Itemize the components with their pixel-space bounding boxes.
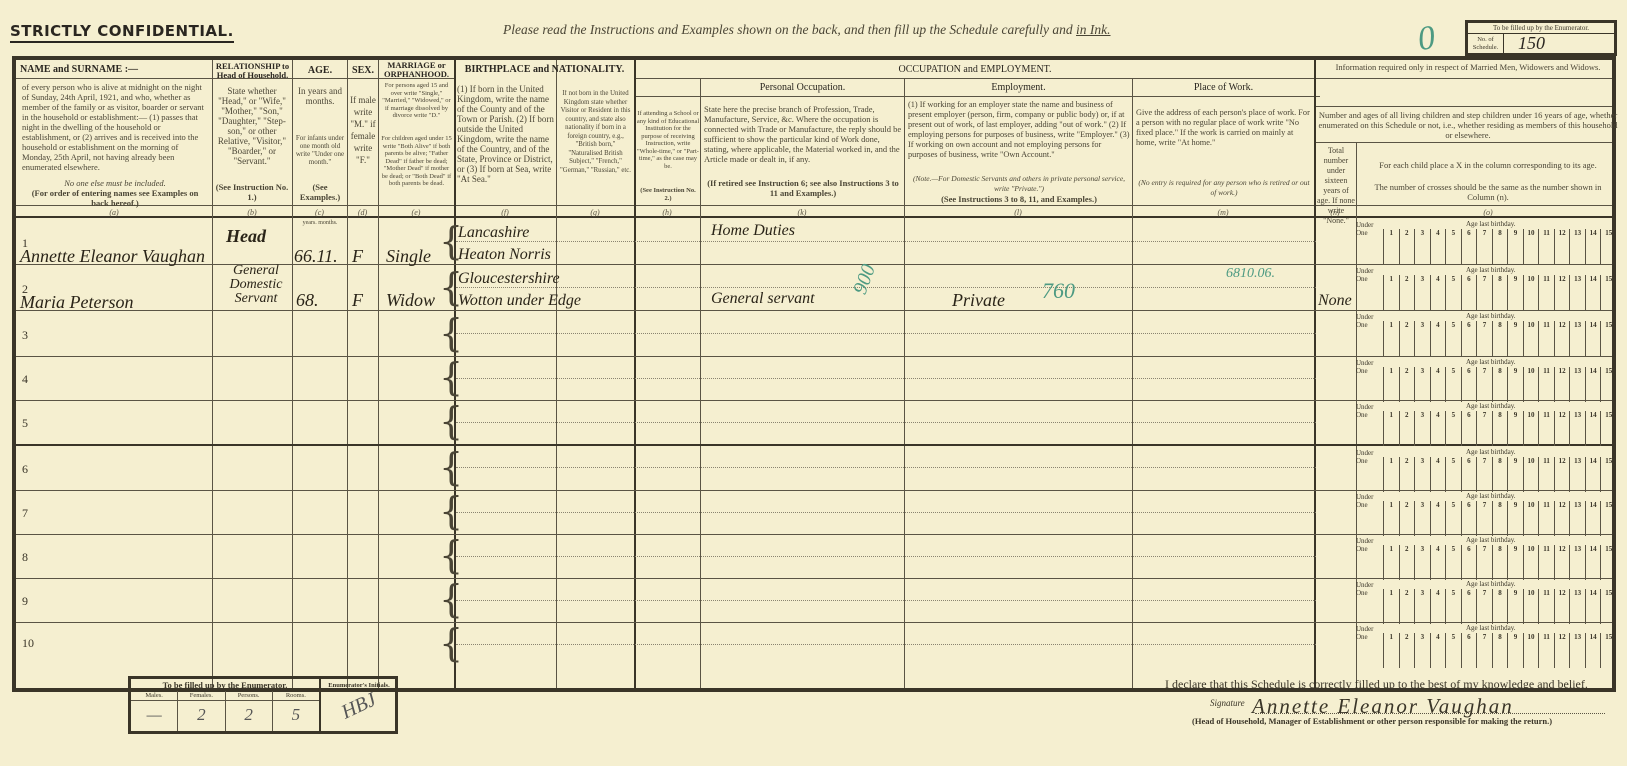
col-o-body: For each child place a X in the column c…: [1360, 160, 1616, 170]
col-d-body: If male write "M." if female write "F.": [349, 94, 377, 166]
sex[interactable]: F: [352, 290, 363, 311]
age-col: 7: [1476, 501, 1492, 510]
rooms-label: Rooms.: [273, 691, 319, 701]
age-label: Age last birthday.: [1466, 580, 1516, 588]
age-col: 14: [1585, 411, 1601, 420]
age-col: 9: [1507, 633, 1523, 642]
age-col: 8: [1492, 501, 1508, 510]
age-col: 10: [1523, 457, 1539, 466]
age-col: 9: [1507, 411, 1523, 420]
age-col: 14: [1585, 501, 1601, 510]
age-col: 7: [1476, 229, 1492, 238]
age-col: 3: [1414, 589, 1430, 598]
occupation-title: OCCUPATION and EMPLOYMENT.: [635, 64, 1315, 75]
age-col: 8: [1492, 589, 1508, 598]
brace-icon: {: [439, 358, 463, 396]
col-o-letter: (o): [1356, 208, 1620, 217]
age-col: 3: [1414, 275, 1430, 284]
age-col: 12: [1554, 589, 1570, 598]
col-a-body: of every person who is alive at midnight…: [22, 82, 208, 172]
personal-occupation[interactable]: General servant: [711, 290, 815, 308]
employment[interactable]: Private: [952, 290, 1005, 311]
no-title-rule: [1316, 106, 1612, 107]
enumerator-totals-box: To be filled up by the Enumerator. Males…: [128, 676, 398, 734]
schedule-number[interactable]: 150: [1504, 34, 1614, 53]
col-m-letter: (m): [1132, 208, 1314, 217]
col-e-body2: For children aged under 15 write "Both A…: [380, 135, 453, 188]
row-midline: [456, 241, 1316, 242]
age-col: 13: [1569, 633, 1585, 642]
col-divider-cd: [347, 60, 348, 688]
age-col: 11: [1538, 589, 1554, 598]
age-col: 1: [1383, 633, 1399, 642]
age-col: 8: [1492, 229, 1508, 238]
col-g-letter: (g): [556, 208, 634, 217]
age-grid: Under OneAge last birthday. 123456789101…: [1356, 624, 1616, 668]
row-number: 6: [22, 462, 28, 477]
age-col: 15: [1600, 411, 1616, 420]
age-col: 2: [1399, 321, 1415, 330]
age-col: 11: [1538, 457, 1554, 466]
age-col: 2: [1399, 457, 1415, 466]
col-d-title: SEX.: [348, 65, 378, 76]
col-c-note: For infants under one month old write "U…: [294, 134, 346, 166]
age-col: 15: [1600, 321, 1616, 330]
birthplace-county[interactable]: Gloucestershire: [458, 270, 560, 288]
col-m-body: Give the address of each person's place …: [1136, 108, 1312, 148]
age-col: 14: [1585, 545, 1601, 554]
age-col: 11: [1538, 275, 1554, 284]
age-col: 15: [1600, 275, 1616, 284]
age-col: 12: [1554, 275, 1570, 284]
employment-code: 760: [1042, 278, 1075, 304]
age-grid: Under OneAge last birthday. 123456789101…: [1356, 536, 1616, 580]
col-no-body: Number and ages of all living children a…: [1318, 110, 1618, 140]
marriage-status[interactable]: Single: [386, 246, 431, 267]
age-label: Age last birthday.: [1466, 312, 1516, 320]
age-col: 4: [1430, 457, 1446, 466]
brace-icon: {: [439, 448, 463, 486]
age-col: 7: [1476, 411, 1492, 420]
birthplace-town[interactable]: Heaton Norris: [458, 246, 551, 264]
age-col: 10: [1523, 501, 1539, 510]
age-col: 4: [1430, 411, 1446, 420]
age-under-one: Under One: [1356, 448, 1383, 466]
age-col: 15: [1600, 457, 1616, 466]
age-col: 6: [1461, 411, 1477, 420]
col-a-title: NAME and SURNAME :—: [20, 64, 138, 75]
age-col: 9: [1507, 589, 1523, 598]
col-n-letter: (n): [1314, 208, 1356, 217]
age-col: 5: [1445, 275, 1461, 284]
row-number: 4: [22, 372, 28, 387]
age-col: 15: [1600, 633, 1616, 642]
brace-icon: {: [439, 492, 463, 530]
age-col: 10: [1523, 367, 1539, 376]
col-a-letter: (a): [16, 208, 212, 217]
age-col: 4: [1430, 589, 1446, 598]
age-under-one: Under One: [1356, 492, 1383, 510]
occupation-title-rule: [634, 78, 1612, 79]
age-under-one: Under One: [1356, 266, 1383, 284]
age-col: 9: [1507, 321, 1523, 330]
signature-note: (Head of Household, Manager of Establish…: [1192, 716, 1552, 726]
age-col: 12: [1554, 501, 1570, 510]
age-col: 15: [1600, 501, 1616, 510]
col-k-title: Personal Occupation.: [701, 82, 904, 93]
females-cell[interactable]: Females.2: [178, 691, 225, 731]
col-o-body2: The number of crosses should be the same…: [1360, 182, 1616, 202]
age[interactable]: 66.11.: [294, 246, 338, 267]
age-col: 10: [1523, 321, 1539, 330]
age-label: Age last birthday.: [1466, 358, 1516, 366]
census-form-table: NAME and SURNAME :— of every person who …: [12, 56, 1616, 692]
age-under-one: Under One: [1356, 536, 1383, 554]
age-col: 6: [1461, 501, 1477, 510]
col-divider-ab: [212, 60, 213, 688]
age-col: 7: [1476, 589, 1492, 598]
age-col: 14: [1585, 457, 1601, 466]
age-col: 3: [1414, 229, 1430, 238]
age-col: 1: [1383, 589, 1399, 598]
age-col: 5: [1445, 501, 1461, 510]
age-col: 4: [1430, 501, 1446, 510]
age-col: 13: [1569, 501, 1585, 510]
age-col: 10: [1523, 229, 1539, 238]
rooms-cell[interactable]: Rooms.5: [273, 691, 319, 731]
col-divider-de: [378, 60, 379, 688]
age-col: 2: [1399, 275, 1415, 284]
col-h-letter: (h): [634, 208, 700, 217]
age-col: 11: [1538, 411, 1554, 420]
col-k-footer: (If retired see Instruction 6; see also …: [704, 178, 902, 198]
signature-label: Signature: [1210, 698, 1245, 708]
age-col: 10: [1523, 545, 1539, 554]
col-l-body: (1) If working for an employer state the…: [908, 100, 1130, 160]
age-col: 7: [1476, 545, 1492, 554]
age-col: 2: [1399, 633, 1415, 642]
row-midline: [456, 422, 1316, 423]
age-under-one: Under One: [1356, 358, 1383, 376]
age-col: 13: [1569, 367, 1585, 376]
page-title: STRICTLY CONFIDENTIAL.: [10, 22, 234, 43]
age-col: 10: [1523, 411, 1539, 420]
age-col: 5: [1445, 633, 1461, 642]
age-grid: Under OneAge last birthday. 123456789101…: [1356, 448, 1616, 492]
age-col: 14: [1585, 229, 1601, 238]
age-col: 8: [1492, 457, 1508, 466]
header-divider: [16, 205, 1612, 206]
relationship[interactable]: General Domestic Servant: [216, 264, 296, 306]
row-midline: [456, 467, 1316, 468]
col-l-title: Employment.: [905, 82, 1132, 93]
age-under-one: Under One: [1356, 580, 1383, 598]
age-col: 11: [1538, 501, 1554, 510]
col-h-footer: (See Instruction No. 2.): [636, 187, 700, 202]
row-midline: [456, 644, 1316, 645]
schedule-label: No. of Schedule.: [1468, 34, 1504, 53]
age-col: 3: [1414, 545, 1430, 554]
row-number: 9: [22, 594, 28, 609]
age-col: 3: [1414, 367, 1430, 376]
age-col: 7: [1476, 457, 1492, 466]
birthplace-town[interactable]: Wotton under Edge: [458, 292, 581, 310]
age-col: 12: [1554, 367, 1570, 376]
males-cell[interactable]: Males.—: [131, 691, 178, 731]
personal-occupation[interactable]: Home Duties: [711, 222, 795, 240]
row-number: 5: [22, 416, 28, 431]
col-divider-kl: [904, 78, 905, 688]
age-subheader: years. months.: [294, 218, 346, 228]
age-label: Age last birthday.: [1466, 624, 1516, 632]
age-col: 6: [1461, 545, 1477, 554]
col-h-body: If attending a School or any kind of Edu…: [636, 110, 700, 170]
rooms-value: 5: [273, 701, 319, 729]
age-grid: Under OneAge last birthday. 123456789101…: [1356, 312, 1616, 356]
age-col: 4: [1430, 229, 1446, 238]
instruction-main: Please read the Instructions and Example…: [503, 22, 1076, 37]
females-value: 2: [178, 701, 224, 729]
col-divider-fg: [556, 60, 557, 688]
row-number: 8: [22, 550, 28, 565]
females-label: Females.: [178, 691, 224, 701]
col-m-title: Place of Work.: [1133, 82, 1314, 93]
row-divider: [16, 356, 1612, 357]
age-col: 15: [1600, 367, 1616, 376]
age-col: 6: [1461, 275, 1477, 284]
age-col: 9: [1507, 457, 1523, 466]
age-col: 13: [1569, 321, 1585, 330]
schedule-number-box: To be filled up by the Enumerator. No. o…: [1465, 20, 1617, 56]
relationship[interactable]: Head: [226, 226, 266, 247]
occupation-code: 900: [849, 261, 881, 297]
age-col: 10: [1523, 275, 1539, 284]
age-col: 14: [1585, 633, 1601, 642]
age-col: 6: [1461, 321, 1477, 330]
age-col: 2: [1399, 545, 1415, 554]
col-e-title: MARRIAGE or ORPHANHOOD.: [379, 61, 454, 79]
row-midline: [456, 287, 1316, 288]
age-col: 4: [1430, 633, 1446, 642]
col-divider-hk: [700, 78, 701, 688]
row-number: 10: [22, 636, 34, 651]
sex[interactable]: F: [352, 246, 363, 267]
row-number: 3: [22, 328, 28, 343]
age-col: 14: [1585, 589, 1601, 598]
age-col: 1: [1383, 321, 1399, 330]
col-l-footer: (See Instructions 3 to 8, 11, and Exampl…: [908, 194, 1130, 204]
enumerator-mark: 0: [1415, 19, 1437, 59]
age-under-one: Under One: [1356, 402, 1383, 420]
col-b-body: State whether "Head," or "Wife," "Mother…: [214, 86, 290, 166]
age-col: 4: [1430, 367, 1446, 376]
persons-label: Persons.: [226, 691, 272, 701]
col-b-letter: (b): [212, 208, 292, 217]
col-d-letter: (d): [347, 208, 378, 217]
col-k-body: State here the precise branch of Profess…: [704, 104, 902, 164]
age-col: 2: [1399, 411, 1415, 420]
age-col: 1: [1383, 501, 1399, 510]
age-col: 1: [1383, 367, 1399, 376]
brace-icon: {: [439, 580, 463, 618]
col-c-body: In years and months.: [294, 86, 346, 106]
age-col: 5: [1445, 545, 1461, 554]
col-no-title: Information required only in respect of …: [1318, 62, 1618, 72]
age-col: 7: [1476, 367, 1492, 376]
age-col: 10: [1523, 589, 1539, 598]
age-col: 8: [1492, 545, 1508, 554]
age-col: 13: [1569, 457, 1585, 466]
col-c-title: AGE.: [293, 65, 347, 76]
age-col: 10: [1523, 633, 1539, 642]
brace-icon: {: [439, 624, 463, 662]
col-divider-bc: [292, 60, 293, 688]
col-c-letter: (c): [292, 208, 347, 217]
col-g-body: If not born in the United Kingdom state …: [558, 90, 633, 175]
persons-value: 2: [226, 701, 272, 729]
age-col: 11: [1538, 321, 1554, 330]
col-l-note: (Note.—For Domestic Servants and others …: [908, 174, 1130, 194]
age-col: 5: [1445, 411, 1461, 420]
totals-header: To be filled up by the Enumerator.: [131, 679, 319, 691]
age-grid: Under OneAge last birthday. 123456789101…: [1356, 358, 1616, 402]
birthplace-county[interactable]: Lancashire: [458, 224, 529, 242]
age-grid: Under OneAge last birthday. 123456789101…: [1356, 220, 1616, 264]
marriage-status[interactable]: Widow: [386, 290, 435, 311]
age-label: Age last birthday.: [1466, 492, 1516, 500]
age-col: 5: [1445, 367, 1461, 376]
row-number: 7: [22, 506, 28, 521]
age-label: Age last birthday.: [1466, 220, 1516, 228]
age-col: 11: [1538, 545, 1554, 554]
age-col: 6: [1461, 633, 1477, 642]
age-col: 3: [1414, 633, 1430, 642]
age-col: 15: [1600, 589, 1616, 598]
row-midline: [456, 333, 1316, 334]
col-b-title: RELATIONSHIP to Head of Household.: [213, 62, 292, 80]
age-col: 13: [1569, 229, 1585, 238]
age-col: 13: [1569, 589, 1585, 598]
age-col: 7: [1476, 321, 1492, 330]
age-col: 13: [1569, 411, 1585, 420]
age-col: 14: [1585, 367, 1601, 376]
age-col: 12: [1554, 633, 1570, 642]
age-label: Age last birthday.: [1466, 536, 1516, 544]
col-l-letter: (l): [904, 208, 1132, 217]
brace-icon: {: [439, 536, 463, 574]
declaration-text: I declare that this Schedule is correctl…: [1165, 677, 1588, 692]
children-total[interactable]: None: [1318, 292, 1352, 310]
col-e-body: For persons aged 15 and over write "Sing…: [380, 82, 453, 120]
age-col: 2: [1399, 367, 1415, 376]
occupation-sub-rule: [634, 96, 1320, 97]
age-label: Age last birthday.: [1466, 402, 1516, 410]
age-under-one: Under One: [1356, 624, 1383, 642]
age-col: 2: [1399, 589, 1415, 598]
no-body-rule: [1316, 142, 1612, 143]
row-divider: [16, 310, 1612, 311]
age-col: 13: [1569, 275, 1585, 284]
age-col: 9: [1507, 229, 1523, 238]
age-col: 12: [1554, 229, 1570, 238]
age-col: 5: [1445, 321, 1461, 330]
col-fg-title: BIRTHPLACE and NATIONALITY.: [455, 64, 634, 75]
age-col: 3: [1414, 411, 1430, 420]
age-col: 15: [1600, 545, 1616, 554]
age-col: 1: [1383, 411, 1399, 420]
age-col: 3: [1414, 457, 1430, 466]
age-col: 11: [1538, 229, 1554, 238]
age-col: 8: [1492, 411, 1508, 420]
age-col: 2: [1399, 501, 1415, 510]
age-col: 4: [1430, 321, 1446, 330]
col-f-body: (1) If born in the United Kingdom, write…: [457, 84, 555, 184]
age-col: 8: [1492, 633, 1508, 642]
col-divider-lm: [1132, 78, 1133, 688]
person-name[interactable]: Maria Peterson: [20, 292, 133, 313]
age[interactable]: 68.: [296, 290, 319, 311]
males-value: —: [131, 701, 177, 729]
age-col: 9: [1507, 275, 1523, 284]
instruction-emphasis: in Ink.: [1076, 22, 1111, 37]
age-col: 9: [1507, 367, 1523, 376]
age-col: 4: [1430, 275, 1446, 284]
age-col: 6: [1461, 367, 1477, 376]
age-col: 9: [1507, 501, 1523, 510]
age-grid: Under OneAge last birthday. 123456789101…: [1356, 492, 1616, 536]
workplace-code: 6810.06.: [1226, 266, 1275, 282]
age-col: 11: [1538, 367, 1554, 376]
age-col: 12: [1554, 411, 1570, 420]
age-col: 8: [1492, 367, 1508, 376]
row-midline: [456, 378, 1316, 379]
age-col: 11: [1538, 633, 1554, 642]
age-col: 14: [1585, 275, 1601, 284]
age-col: 2: [1399, 229, 1415, 238]
col-e-letter: (e): [378, 208, 454, 217]
person-name[interactable]: Annette Eleanor Vaughan: [20, 246, 205, 267]
age-col: 6: [1461, 457, 1477, 466]
age-col: 13: [1569, 545, 1585, 554]
age-col: 3: [1414, 321, 1430, 330]
col-a-note: No one else must be included.: [22, 178, 208, 188]
age-col: 4: [1430, 545, 1446, 554]
row-midline: [456, 512, 1316, 513]
brace-icon: {: [439, 314, 463, 352]
persons-cell[interactable]: Persons.2: [226, 691, 273, 731]
col-b-footer: (See Instruction No. 1.): [214, 182, 290, 202]
age-col: 12: [1554, 321, 1570, 330]
col-c-footer: (See Examples.): [294, 182, 346, 202]
age-col: 1: [1383, 457, 1399, 466]
age-col: 8: [1492, 275, 1508, 284]
age-grid: Under OneAge last birthday. 123456789101…: [1356, 402, 1616, 446]
age-col: 7: [1476, 633, 1492, 642]
age-col: 1: [1383, 275, 1399, 284]
initials-cell[interactable]: Enumerator's Initials. HBJ: [323, 679, 395, 731]
age-under-one: Under One: [1356, 312, 1383, 330]
age-col: 3: [1414, 501, 1430, 510]
col-k-letter: (k): [700, 208, 904, 217]
age-col: 12: [1554, 457, 1570, 466]
row-midline: [456, 600, 1316, 601]
age-label: Age last birthday.: [1466, 266, 1516, 274]
age-col: 14: [1585, 321, 1601, 330]
brace-icon: {: [439, 402, 463, 440]
age-under-one: Under One: [1356, 220, 1383, 238]
col-m-note: (No entry is required for any person who…: [1136, 178, 1312, 198]
age-col: 7: [1476, 275, 1492, 284]
